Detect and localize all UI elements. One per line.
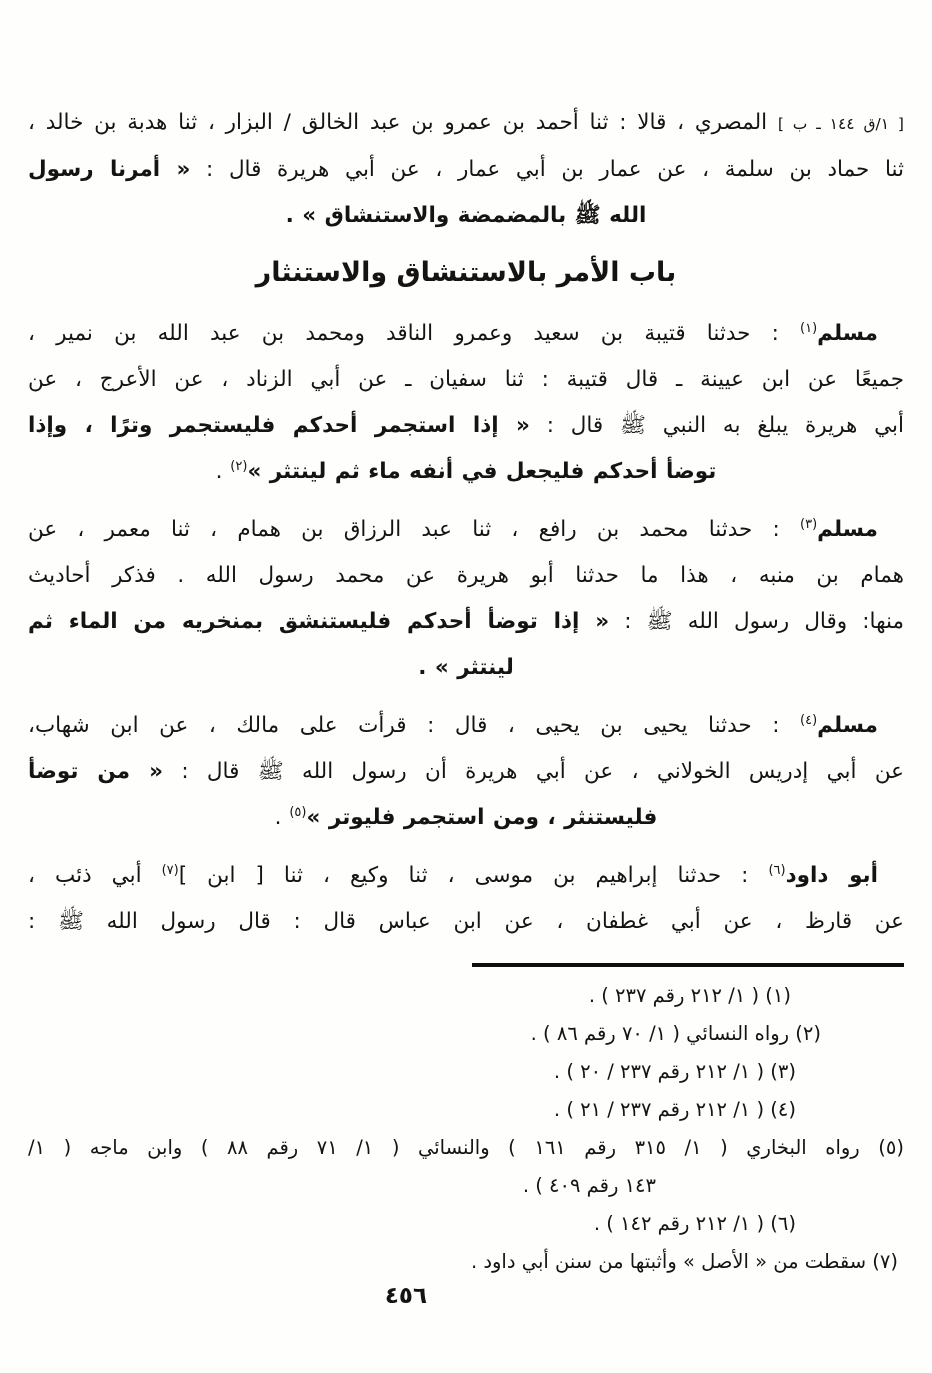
narrator-name: مسلم [817, 321, 878, 346]
footnote-line: (١) ( ١/ ٢١٢ رقم ٢٣٧ ) . [28, 977, 791, 1015]
p1-line-3: أبي هريرة يبلغ به النبي ﷺ قال : « إذا اس… [28, 403, 904, 449]
p4-line-2: عن قارظ ، عن أبي غطفان ، عن ابن عباس قال… [28, 899, 904, 945]
p2-line-1: مسلم(٣) : حدثنا محمد بن رافع ، ثنا عبد ا… [28, 507, 904, 553]
footnote-ref: (٧) [162, 863, 179, 878]
page-number: ٤٥٦ [385, 1283, 427, 1309]
footnotes-separator-rule [472, 963, 904, 967]
footnote-ref: (١) [800, 321, 817, 336]
narrator-name: أبو داود [786, 863, 878, 888]
hadith-quote-start: « أمرنا رسول [28, 157, 190, 182]
p3-line-2-text: عن أبي إدريس الخولاني ، عن أبي هريرة أن … [163, 759, 904, 784]
footnote-line: (٥) رواه البخاري ( ١/ ٣١٥ رقم ١٦١ ) والن… [28, 1129, 904, 1167]
footnote-line-continuation: ١٤٣ رقم ٤٠٩ ) . [28, 1167, 656, 1205]
p1-line-3-text: أبي هريرة يبلغ به النبي ﷺ قال : [530, 413, 904, 438]
intro-line-3: الله ﷺ بالمضمضة والاستنشاق » . [28, 193, 904, 239]
footnote-ref: (٦) [768, 863, 785, 878]
intro-paragraph: [ ١/ق ١٤٤ ـ ب ] المصري ، قالا : ثنا أحمد… [28, 100, 904, 239]
p2-line-3-text: منها: وقال رسول الله ﷺ : [609, 609, 904, 634]
p1-line-1: مسلم(١) : حدثنا قتيبة بن سعيد وعمرو النا… [28, 311, 904, 357]
p2-line-3: منها: وقال رسول الله ﷺ : « إذا توضأ أحدك… [28, 599, 904, 645]
intro-line-2-text: ثنا حماد بن سلمة ، عن عمار بن أبي عمار ،… [190, 157, 904, 182]
hadith-paragraph-abu-dawud: أبو داود(٦) : حدثنا إبراهيم بن موسى ، ثن… [28, 853, 904, 945]
hadith-paragraph-muslim-4: مسلم(٤) : حدثنا يحيى بن يحيى ، قال : قرأ… [28, 703, 904, 841]
text-block: [ ١/ق ١٤٤ ـ ب ] المصري ، قالا : ثنا أحمد… [28, 100, 904, 1281]
footnote-line: (٤) ( ١/ ٢١٢ رقم ٢٣٧ / ٢١ ) . [28, 1091, 796, 1129]
p3-line-1-text: : حدثنا يحيى بن يحيى ، قال : قرأت على ما… [28, 713, 800, 738]
intro-line-1: [ ١/ق ١٤٤ ـ ب ] المصري ، قالا : ثنا أحمد… [28, 100, 904, 147]
chapter-heading: باب الأمر بالاستنشاق والاستنثار [28, 253, 904, 293]
p3-line-2: عن أبي إدريس الخولاني ، عن أبي هريرة أن … [28, 749, 904, 795]
footnote-ref: (٥) [289, 805, 306, 820]
p4-line-1: أبو داود(٦) : حدثنا إبراهيم بن موسى ، ثن… [28, 853, 904, 899]
p1-line-2: جميعًا عن ابن عيينة ـ قال قتيبة : ثنا سف… [28, 357, 904, 403]
sentence-end: . [216, 459, 231, 484]
p4-line-1-text-b: أبي ذئب ، [28, 863, 162, 888]
p2-line-1-text: : حدثنا محمد بن رافع ، ثنا عبد الرزاق بن… [28, 517, 800, 542]
scanned-book-page: [ ١/ق ١٤٤ ـ ب ] المصري ، قالا : ثنا أحمد… [0, 0, 932, 1373]
intro-line-2: ثنا حماد بن سلمة ، عن عمار بن أبي عمار ،… [28, 147, 904, 193]
p2-line-4: لينتثر » . [28, 645, 904, 691]
hadith-quote: توضأ أحدكم فليجعل في أنفه ماء ثم لينتثر … [247, 459, 716, 484]
sentence-end: . [275, 805, 290, 830]
footnote-ref: (٤) [800, 713, 817, 728]
footnote-ref: (٢) [230, 459, 247, 474]
footnote-line: (٦) ( ١/ ٢١٢ رقم ١٤٢ ) . [28, 1205, 796, 1243]
p3-line-3: فليستنثر ، ومن استجمر فليوتر »(٥) . [28, 795, 904, 841]
p4-line-1-text-a: : حدثنا إبراهيم بن موسى ، ثنا وكيع ، ثنا… [179, 863, 769, 888]
footnote-line: (٢) رواه النسائي ( ١/ ٧٠ رقم ٨٦ ) . [28, 1015, 821, 1053]
narrator-name: مسلم [817, 713, 878, 738]
hadith-quote: « إذا توضأ أحدكم فليستنشق بمنخريه من الم… [28, 609, 609, 634]
hadith-quote-start: « من توضأ [28, 759, 163, 784]
p1-line-4: توضأ أحدكم فليجعل في أنفه ماء ثم لينتثر … [28, 449, 904, 495]
footnote-ref: (٣) [800, 517, 817, 532]
narrator-name: مسلم [817, 517, 878, 542]
footnotes-section: (١) ( ١/ ٢١٢ رقم ٢٣٧ ) . (٢) رواه النسائ… [28, 963, 904, 1281]
hadith-quote: فليستنثر ، ومن استجمر فليوتر » [306, 805, 657, 830]
hadith-quote: « إذا استجمر أحدكم فليستجمر وترًا ، وإذا [28, 413, 530, 438]
folio-margin-note: [ ١/ق ١٤٤ ـ ب ] [778, 115, 904, 133]
p3-line-1: مسلم(٤) : حدثنا يحيى بن يحيى ، قال : قرأ… [28, 703, 904, 749]
p2-line-2: همام بن منبه ، هذا ما حدثنا أبو هريرة عن… [28, 553, 904, 599]
intro-line-1-text: المصري ، قالا : ثنا أحمد بن عمرو بن عبد … [28, 110, 767, 135]
hadith-paragraph-muslim-1: مسلم(١) : حدثنا قتيبة بن سعيد وعمرو النا… [28, 311, 904, 495]
footnote-line: (٧) سقطت من « الأصل » وأثبتها من سنن أبي… [28, 1243, 898, 1281]
footnote-line: (٣) ( ١/ ٢١٢ رقم ٢٣٧ / ٢٠ ) . [28, 1053, 796, 1091]
hadith-paragraph-muslim-3: مسلم(٣) : حدثنا محمد بن رافع ، ثنا عبد ا… [28, 507, 904, 691]
p1-line-1-text: : حدثنا قتيبة بن سعيد وعمرو الناقد ومحمد… [28, 321, 800, 346]
